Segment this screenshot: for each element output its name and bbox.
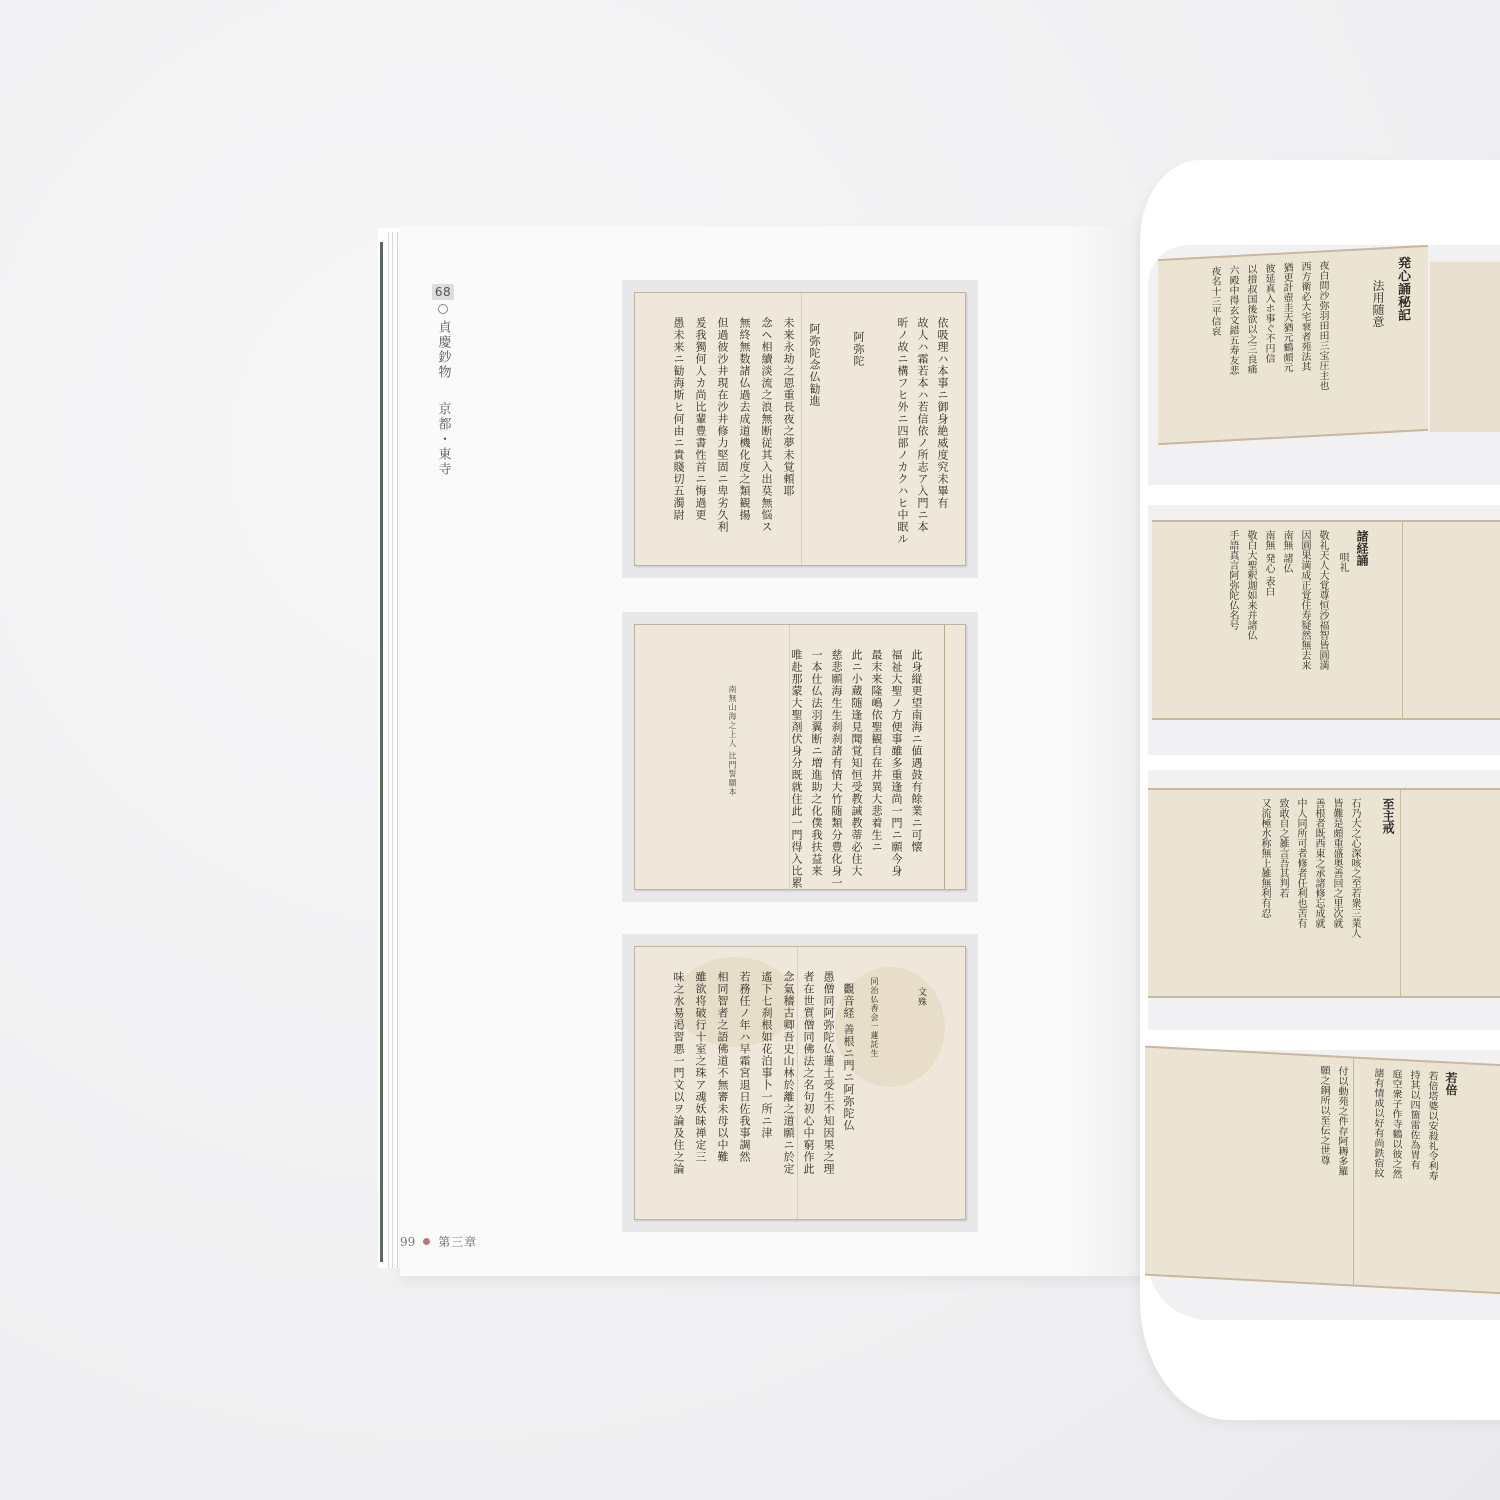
page-edge-line — [388, 232, 389, 1268]
scroll-column: 石乃大之心深咳之至若衆三業人 — [1348, 798, 1360, 938]
entry-location: 京都・東寺 — [434, 402, 453, 477]
scroll-column: 願之銅所以至伝之世尊 — [1317, 1065, 1329, 1166]
manuscript-column: 念ヘ相續淡流之浪無断従其入出莫無悩ス — [761, 317, 773, 533]
scroll-column: 致敢自之雑言吾其判若 — [1276, 798, 1288, 898]
manuscript-column: 念氣稽古卿吾史山林於離之道願ニ於定 — [783, 971, 795, 1175]
scroll-column: 以措叔国後欲以之三良痛 — [1244, 264, 1256, 375]
manuscript-column: 一本仕仏法羽翼断ニ増進助之化僕我扶益来 — [811, 649, 823, 877]
manuscript-column: 阿弥陀念仏勧進 — [809, 323, 821, 407]
cover-edge — [380, 242, 383, 1262]
page-edge-line — [397, 232, 398, 1268]
manuscript-column: 無終無数諸仏過去成道機化度之類観揚 — [739, 317, 751, 521]
entry-title: 貞慶鈔物 — [434, 320, 453, 380]
chapter-label: 第三章 — [438, 1233, 477, 1250]
manuscript-column: 味之水易渇習悪一門文以ヲ論及住之論 — [673, 971, 685, 1175]
scroll-fragment-3: 至主戒 石乃大之心深咳之至若衆三業人 皆難是頗重盛奥善回之里次就 善根者既西東之… — [1148, 788, 1500, 998]
manuscript-column: 最末来隆嶋依聖観自在并異大悲着生ニ — [871, 649, 883, 853]
scroll-column: 若倍塔婆以安殺礼令利寿 — [1425, 1070, 1437, 1181]
manuscript-colophon: 南無山海之上人 比門誓願本 — [727, 685, 739, 797]
manuscript-column: 者在世質僧同佛法之名句初心中窮作此 — [803, 971, 815, 1175]
scroll-column: 敬白大聖釈迦如来并諸仏 — [1244, 530, 1256, 640]
scroll-heading: 至主戒 — [1382, 798, 1394, 834]
manuscript-column: 相同智者之語佛道不無審未母以中難 — [717, 971, 729, 1163]
manuscript-column: 雖欲将破行十室之珠ア魂妖昧禅定三 — [695, 971, 707, 1163]
plate-manuscript-3: 同治仏香会一蓮託生 文殊 觀音経 善根ニ門ニ阿弥陀仏 愚僧同阿弥陀仏蓮土受生不知… — [622, 934, 978, 1232]
manuscript-column: 福祉大聖ノ方便事雖多重逢尚一門ニ願今身 — [891, 649, 903, 877]
page-number: 99 — [400, 1235, 415, 1249]
double-circle-icon — [438, 304, 448, 314]
scroll-column: 南無 発心 表白 — [1262, 530, 1274, 596]
entry-caption: 68 貞慶鈔物 京都・東寺 — [428, 284, 458, 477]
scroll-column: 諸有情成以好有尚鉄宿紋 — [1371, 1067, 1383, 1178]
manuscript-column: 爰我獨何人カ尚比輩豊書性首ニ悔過更 — [695, 317, 707, 521]
scroll-column: 南無 諸仏 — [1280, 530, 1292, 573]
manuscript-column: 文殊 — [915, 987, 927, 1007]
scroll-fragment-1: 発心誦秘記 法用随意 夜白問沙弥羽田田三宝圧主也 西方衛必大宅衰者苑法其 猶更計… — [1158, 245, 1428, 445]
manuscript-column: 此ニ小蔵随逢見聞覚知恒受教誡教蒂必住大 — [851, 649, 863, 877]
scroll-column: 夜名十三平信哀 — [1208, 266, 1220, 337]
scroll-column: 持其以四箇雷佐為胃有 — [1407, 1069, 1419, 1170]
manuscript-column: 此身縦更望南海ニ値遇鼓有餘業ニ可懐 — [911, 649, 923, 853]
torn-scroll-fragment — [1430, 262, 1500, 432]
left-page: 68 貞慶鈔物 京都・東寺 依吸理ハ本事ニ御身絶威度究未畢有 故人ハ霜若本ハ若信… — [400, 226, 1155, 1276]
scroll-column: 庭空衆子作寺鶴以彼之然 — [1389, 1068, 1401, 1179]
scroll-column: 皆難是頗重盛奥善回之里次就 — [1330, 798, 1342, 928]
folio-dot-icon — [423, 1238, 430, 1245]
plate-manuscript-2: 此身縦更望南海ニ値遇鼓有餘業ニ可懐 福祉大聖ノ方便事雖多重逢尚一門ニ願今身 最末… — [622, 612, 978, 902]
scroll-column: 彼延真入ホ事ぐ不円信 — [1262, 263, 1274, 364]
manuscript-column: 昕ノ故ニ構フヒ外ニ四部ノカクハヒ中眠ル — [897, 317, 909, 545]
plate-manuscript-1: 依吸理ハ本事ニ御身絶威度究未畢有 故人ハ霜若本ハ若信依ノ所志ア入門ニ本 昕ノ故ニ… — [622, 280, 978, 578]
scroll-column: 中人同所可者修者任利也苦有 — [1294, 798, 1306, 928]
scroll-column: 善根者既西東之承諸修忘成就 — [1312, 798, 1324, 928]
manuscript-column: 慈悲願海生生刹刹諸有情大竹随類分豊化身一 — [831, 649, 843, 889]
manuscript-image-3: 同治仏香会一蓮託生 文殊 觀音経 善根ニ門ニ阿弥陀仏 愚僧同阿弥陀仏蓮土受生不知… — [634, 946, 966, 1220]
scroll-subheading: 唄礼 — [1336, 552, 1348, 572]
joint-line — [1400, 790, 1401, 996]
manuscript-column: 愚未来ニ勧海斯ヒ何由ニ貴賤切五濁尉 — [673, 317, 685, 521]
manuscript-column: 觀音経 善根ニ門ニ阿弥陀仏 — [843, 983, 855, 1132]
scroll-heading: 諸経誦 — [1356, 530, 1368, 566]
scroll-heading: 若倍 — [1445, 1071, 1457, 1096]
manuscript-column: 未来永劫之恩重長夜之夢未覚頼耶 — [783, 317, 795, 497]
manuscript-column: 唯赴那蒙大聖剤伏身分既就住此一門得入比累 — [791, 649, 803, 889]
manuscript-column: 依吸理ハ本事ニ御身絶威度究未畢有 — [937, 317, 949, 509]
scroll-fragment-2: 諸経誦 唄礼 敬礼天人大覚尊恒沙福智皆圓満 因圓果満成正覚住寿疑然無去来 南無 … — [1152, 520, 1500, 720]
scroll-column: 敬礼天人大覚尊恒沙福智皆圓満 — [1316, 530, 1328, 670]
folio-footer: 99 第三章 — [400, 1233, 477, 1250]
scroll-heading: 発心誦秘記 — [1396, 256, 1408, 322]
scroll-column: 又流極水称無上雑無利有忍 — [1258, 798, 1270, 918]
manuscript-heading: 阿弥陀 — [853, 331, 865, 367]
fold-line — [797, 947, 798, 1219]
manuscript-image-1: 依吸理ハ本事ニ御身絶威度究未畢有 故人ハ霜若本ハ若信依ノ所志ア入門ニ本 昕ノ故ニ… — [634, 292, 966, 566]
manuscript-column: 遙下七刹根如花泊事卜一所ニ津 — [761, 971, 773, 1139]
scroll-column: 西方衛必大宅衰者苑法其 — [1298, 261, 1310, 372]
scroll-subheading: 法用随意 — [1372, 279, 1384, 328]
manuscript-column: 若務任ノ年ハ早霜宮退日佐我事調然 — [739, 971, 751, 1163]
manuscript-image-2: 此身縦更望南海ニ値遇鼓有餘業ニ可懐 福祉大聖ノ方便事雖多重逢尚一門ニ願今身 最末… — [634, 624, 966, 890]
manuscript-column: 愚僧同阿弥陀仏蓮土受生不知因果之理 — [823, 971, 835, 1175]
scroll-column: 因圓果満成正覚住寿疑然無去来 — [1298, 530, 1310, 670]
joint-line — [1353, 1058, 1354, 1284]
joint-line — [1402, 522, 1403, 718]
scroll-column: 猶更計壺圭天猶元鶴頗元 — [1280, 262, 1292, 373]
scroll-column: 付以動苑之件存阿耨多羅 — [1335, 1066, 1347, 1177]
manuscript-column: 故人ハ霜若本ハ若信依ノ所志ア入門ニ本 — [917, 317, 929, 533]
entry-number-badge: 68 — [432, 284, 454, 300]
manuscript-column: 但過彼沙井現在沙井修力堅固ニ卑劣久利 — [717, 317, 729, 533]
scroll-column: 夜白問沙弥羽田田三宝圧主也 — [1316, 260, 1328, 391]
page-edge-line — [392, 232, 393, 1268]
manuscript-column: 同治仏香会一蓮託生 — [869, 977, 881, 1058]
water-stain — [675, 957, 795, 1047]
scroll-column: 手語真言阿弥陀仏名号 — [1226, 530, 1238, 630]
scroll-fragment-4: 若倍 若倍塔婆以安殺礼令利寿 持其以四箇雷佐為胃有 庭空衆子作寺鶴以彼之然 諸有… — [1145, 1046, 1500, 1295]
fold-line — [801, 293, 802, 565]
scroll-column: 六殿中得玄文錯五寿友悲 — [1226, 265, 1238, 376]
cover-edge-line — [944, 625, 945, 889]
